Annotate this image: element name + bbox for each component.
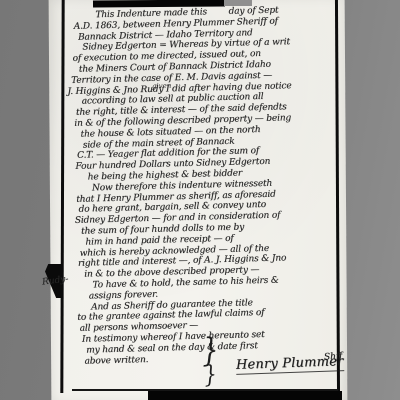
scan-artifact-top-bar bbox=[93, 0, 225, 7]
signature-title-seal: Shff bbox=[324, 351, 343, 362]
signature-block: } } Henry Plummer Shff bbox=[196, 338, 346, 393]
interlineation-word: given bbox=[152, 82, 172, 91]
handwritten-text-block: This Indenture made this day of Sept A.D… bbox=[65, 4, 336, 367]
signature-flourish: } bbox=[203, 361, 217, 386]
scanned-document-photo: This Indenture made this day of Sept A.D… bbox=[0, 0, 400, 400]
scan-artifact-top-bar-fade bbox=[224, 0, 252, 6]
